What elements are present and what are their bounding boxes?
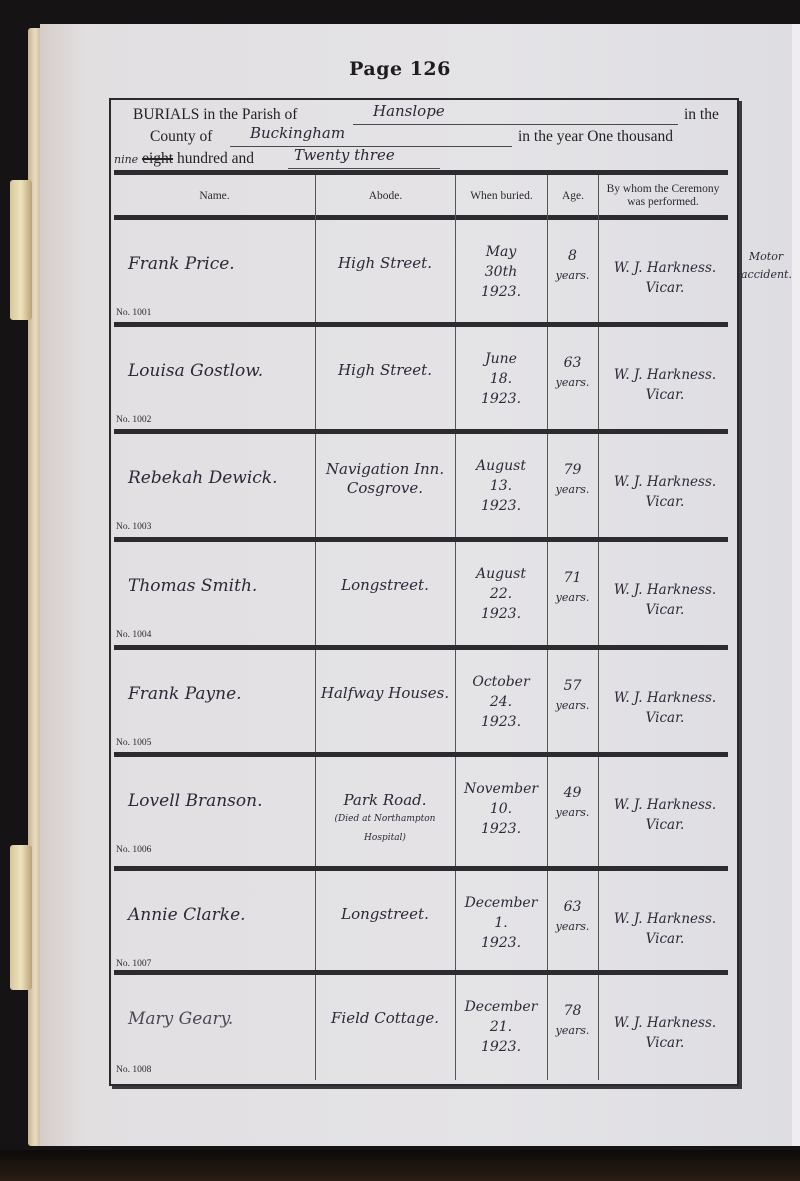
parish-value: Hanslope bbox=[373, 102, 445, 120]
entry-abode: High Street. bbox=[315, 361, 455, 380]
age-value: 78 bbox=[564, 1003, 582, 1019]
table-row: Frank Payne. No. 1005 Halfway Houses. Oc… bbox=[114, 650, 728, 752]
year-field: Twenty three bbox=[288, 148, 440, 169]
entry-name: Thomas Smith. bbox=[128, 576, 257, 596]
book-edge bbox=[0, 1150, 800, 1181]
entry-date: December1.1923. bbox=[455, 893, 547, 953]
age-value: 63 bbox=[564, 355, 582, 371]
entry-name: Mary Geary. bbox=[128, 1009, 233, 1029]
abode-cell: Longstreet. bbox=[315, 871, 455, 973]
abode-text: High Street. bbox=[338, 254, 432, 272]
entry-abode: Longstreet. bbox=[315, 576, 455, 595]
date-month: May bbox=[486, 244, 517, 260]
date-day: 13. bbox=[490, 478, 512, 494]
entry-abode: Longstreet. bbox=[315, 905, 455, 924]
officiant-title: Vicar. bbox=[646, 387, 685, 403]
age-cell: 63years. bbox=[547, 327, 598, 429]
name-cell: Louisa Gostlow. No. 1002 bbox=[114, 327, 315, 429]
table-row: Lovell Branson. No. 1006 Park Road.(Died… bbox=[114, 757, 728, 859]
entry-officiant: W. J. Harkness.Vicar. bbox=[600, 688, 730, 728]
officiant-name: W. J. Harkness. bbox=[614, 1015, 716, 1031]
table-row: Mary Geary. No. 1008 Field Cottage. Dece… bbox=[114, 975, 728, 1079]
age-value: 8 bbox=[568, 248, 577, 264]
age-value: 49 bbox=[564, 785, 582, 801]
officiant-name: W. J. Harkness. bbox=[614, 911, 716, 927]
officiant-title: Vicar. bbox=[646, 602, 685, 618]
heading-line3-middle: hundred and bbox=[177, 150, 254, 167]
entry-name: Rebekah Dewick. bbox=[128, 468, 278, 488]
entry-number: No. 1007 bbox=[116, 959, 151, 969]
officiant-title: Vicar. bbox=[646, 494, 685, 510]
heading-line1-suffix: in the bbox=[684, 106, 719, 124]
date-cell: August22.1923. bbox=[455, 542, 547, 644]
date-cell: August13.1923. bbox=[455, 434, 547, 536]
date-day: 18. bbox=[490, 371, 512, 387]
date-cell: November10.1923. bbox=[455, 757, 547, 859]
date-month: December bbox=[465, 895, 538, 911]
date-month: November bbox=[464, 781, 538, 797]
officiant-title: Vicar. bbox=[646, 710, 685, 726]
entry-date: December21.1923. bbox=[455, 997, 547, 1057]
page-number: Page 126 bbox=[0, 58, 800, 80]
entry-age: 79years. bbox=[547, 460, 598, 500]
table-row: Thomas Smith. No. 1004 Longstreet. Augus… bbox=[114, 542, 728, 644]
age-cell: 78years. bbox=[547, 975, 598, 1079]
age-unit: years. bbox=[547, 1021, 598, 1041]
abode-text: Park Road. bbox=[343, 791, 426, 809]
heading-line1-prefix: BURIALS in the Parish of bbox=[133, 106, 297, 124]
table-row: Annie Clarke. No. 1007 Longstreet. Decem… bbox=[114, 871, 728, 973]
date-year: 1923. bbox=[481, 821, 521, 837]
county-field: Buckingham bbox=[230, 126, 512, 147]
age-unit: years. bbox=[547, 480, 598, 500]
age-cell: 57years. bbox=[547, 650, 598, 752]
entry-name: Frank Price. bbox=[128, 254, 235, 274]
entry-date: November10.1923. bbox=[455, 779, 547, 839]
officiant-cell: W. J. Harkness.Vicar. bbox=[600, 871, 730, 973]
inserted-word: nine bbox=[114, 153, 138, 166]
year-value: Twenty three bbox=[294, 146, 395, 164]
column-header-abode: Abode. bbox=[316, 175, 455, 217]
date-month: August bbox=[476, 458, 526, 474]
abode-text: High Street. bbox=[338, 361, 432, 379]
abode-note: (Died at Northampton Hospital) bbox=[315, 810, 455, 848]
entry-age: 78years. bbox=[547, 1001, 598, 1041]
date-day: 10. bbox=[490, 801, 512, 817]
officiant-name: W. J. Harkness. bbox=[614, 690, 716, 706]
margin-note-line2: accident. bbox=[741, 268, 792, 281]
date-cell: June18.1923. bbox=[455, 327, 547, 429]
age-unit: years. bbox=[547, 917, 598, 937]
date-year: 1923. bbox=[481, 606, 521, 622]
struck-word: eight bbox=[142, 150, 173, 167]
officiant-cell: W. J. Harkness.Vicar. bbox=[600, 975, 730, 1079]
date-year: 1923. bbox=[481, 714, 521, 730]
entry-age: 57years. bbox=[547, 676, 598, 716]
name-cell: Rebekah Dewick. No. 1003 bbox=[114, 434, 315, 536]
officiant-title: Vicar. bbox=[646, 931, 685, 947]
table-row: Rebekah Dewick. No. 1003 Navigation Inn.… bbox=[114, 434, 728, 536]
date-month: August bbox=[476, 566, 526, 582]
entry-abode: Park Road.(Died at Northampton Hospital) bbox=[315, 791, 455, 848]
column-header-name: Name. bbox=[114, 175, 315, 217]
abode-text: Navigation Inn. bbox=[326, 460, 444, 478]
column-header-officiant: By whom the Ceremony was performed. bbox=[600, 175, 726, 217]
entry-number: No. 1005 bbox=[116, 738, 151, 748]
age-cell: 79years. bbox=[547, 434, 598, 536]
date-day: 24. bbox=[490, 694, 512, 710]
county-value: Buckingham bbox=[250, 124, 345, 142]
age-unit: years. bbox=[547, 803, 598, 823]
entry-officiant: W. J. Harkness.Vicar. bbox=[600, 909, 730, 949]
date-cell: December21.1923. bbox=[455, 975, 547, 1079]
age-value: 63 bbox=[564, 899, 582, 915]
abode-text: Longstreet. bbox=[341, 576, 429, 594]
entry-name: Louisa Gostlow. bbox=[128, 361, 263, 381]
date-month: December bbox=[465, 999, 538, 1015]
entry-abode: High Street. bbox=[315, 254, 455, 273]
date-day: 1. bbox=[494, 915, 507, 931]
binding-tab bbox=[10, 845, 32, 990]
table-row: Frank Price. No. 1001 High Street. May30… bbox=[114, 220, 728, 322]
entry-number: No. 1001 bbox=[116, 308, 151, 318]
date-year: 1923. bbox=[481, 498, 521, 514]
abode-cell: Park Road.(Died at Northampton Hospital) bbox=[315, 757, 455, 859]
date-month: June bbox=[485, 351, 517, 367]
date-year: 1923. bbox=[481, 391, 521, 407]
age-cell: 49years. bbox=[547, 757, 598, 859]
date-day: 22. bbox=[490, 586, 512, 602]
entry-officiant: W. J. Harkness.Vicar. bbox=[600, 1013, 730, 1053]
entry-abode: Navigation Inn.Cosgrove. bbox=[315, 460, 455, 498]
age-unit: years. bbox=[547, 266, 598, 286]
entry-officiant: W. J. Harkness.Vicar. bbox=[600, 795, 730, 835]
officiant-name: W. J. Harkness. bbox=[614, 367, 716, 383]
entry-abode: Halfway Houses. bbox=[315, 684, 455, 703]
name-cell: Mary Geary. No. 1008 bbox=[114, 975, 315, 1079]
entry-officiant: W. J. Harkness.Vicar. bbox=[600, 472, 730, 512]
date-day: 30th bbox=[485, 264, 517, 280]
age-unit: years. bbox=[547, 588, 598, 608]
next-page-edge bbox=[792, 24, 800, 1146]
entry-date: August13.1923. bbox=[455, 456, 547, 516]
entry-number: No. 1003 bbox=[116, 522, 151, 532]
entry-number: No. 1002 bbox=[116, 415, 151, 425]
entry-name: Annie Clarke. bbox=[128, 905, 246, 925]
age-cell: 8years. bbox=[547, 220, 598, 322]
parish-field: Hanslope bbox=[353, 104, 678, 125]
abode-cell: High Street. bbox=[315, 220, 455, 322]
entry-officiant: W. J. Harkness.Vicar. bbox=[600, 365, 730, 405]
officiant-name: W. J. Harkness. bbox=[614, 260, 716, 276]
officiant-cell: W. J. Harkness.Vicar. bbox=[600, 650, 730, 752]
officiant-name: W. J. Harkness. bbox=[614, 474, 716, 490]
binding-tab bbox=[10, 180, 32, 320]
abode-cell: Navigation Inn.Cosgrove. bbox=[315, 434, 455, 536]
date-year: 1923. bbox=[481, 935, 521, 951]
entry-officiant: W. J. Harkness.Vicar. bbox=[600, 258, 730, 298]
age-unit: years. bbox=[547, 373, 598, 393]
column-header-age: Age. bbox=[548, 175, 598, 217]
officiant-cell: W. J. Harkness.Vicar. bbox=[600, 757, 730, 859]
entry-date: June18.1923. bbox=[455, 349, 547, 409]
entry-number: No. 1006 bbox=[116, 845, 151, 855]
date-cell: October24.1923. bbox=[455, 650, 547, 752]
officiant-name: W. J. Harkness. bbox=[614, 582, 716, 598]
abode-text: Halfway Houses. bbox=[321, 684, 449, 702]
officiant-cell: W. J. Harkness.Vicar. bbox=[600, 542, 730, 644]
date-day: 21. bbox=[490, 1019, 512, 1035]
margin-note-line1: Motor bbox=[749, 250, 783, 263]
officiant-name: W. J. Harkness. bbox=[614, 797, 716, 813]
entry-date: May30th1923. bbox=[455, 242, 547, 302]
age-cell: 63years. bbox=[547, 871, 598, 973]
entry-officiant: W. J. Harkness.Vicar. bbox=[600, 580, 730, 620]
age-value: 57 bbox=[564, 678, 582, 694]
name-cell: Annie Clarke. No. 1007 bbox=[114, 871, 315, 973]
officiant-cell: W. J. Harkness.Vicar. bbox=[600, 434, 730, 536]
officiant-title: Vicar. bbox=[646, 280, 685, 296]
entry-age: 8years. bbox=[547, 246, 598, 286]
officiant-title: Vicar. bbox=[646, 817, 685, 833]
entry-age: 63years. bbox=[547, 353, 598, 393]
name-cell: Thomas Smith. No. 1004 bbox=[114, 542, 315, 644]
date-year: 1923. bbox=[481, 284, 521, 300]
abode-cell: Field Cottage. bbox=[315, 975, 455, 1079]
name-cell: Frank Price. No. 1001 bbox=[114, 220, 315, 322]
age-value: 71 bbox=[564, 570, 582, 586]
margin-annotation: Motor accident. bbox=[741, 248, 791, 284]
column-header-when-buried: When buried. bbox=[456, 175, 547, 217]
officiant-cell: W. J. Harkness.Vicar. bbox=[600, 220, 730, 322]
heading-line2-prefix: County of bbox=[150, 128, 212, 146]
heading-line3: nine eight hundred and bbox=[114, 150, 254, 168]
age-unit: years. bbox=[547, 696, 598, 716]
officiant-cell: W. J. Harkness.Vicar. bbox=[600, 327, 730, 429]
entry-number: No. 1004 bbox=[116, 630, 151, 640]
entry-abode: Field Cottage. bbox=[315, 1009, 455, 1028]
abode-note: Cosgrove. bbox=[347, 479, 423, 497]
age-cell: 71years. bbox=[547, 542, 598, 644]
abode-text: Field Cottage. bbox=[331, 1009, 439, 1027]
date-cell: December1.1923. bbox=[455, 871, 547, 973]
entry-age: 49years. bbox=[547, 783, 598, 823]
abode-cell: High Street. bbox=[315, 327, 455, 429]
entry-age: 71years. bbox=[547, 568, 598, 608]
table-row: Louisa Gostlow. No. 1002 High Street. Ju… bbox=[114, 327, 728, 429]
entry-date: August22.1923. bbox=[455, 564, 547, 624]
name-cell: Frank Payne. No. 1005 bbox=[114, 650, 315, 752]
entry-number: No. 1008 bbox=[116, 1065, 151, 1075]
officiant-title: Vicar. bbox=[646, 1035, 685, 1051]
entry-age: 63years. bbox=[547, 897, 598, 937]
entry-date: October24.1923. bbox=[455, 672, 547, 732]
date-cell: May30th1923. bbox=[455, 220, 547, 322]
date-year: 1923. bbox=[481, 1039, 521, 1055]
abode-cell: Longstreet. bbox=[315, 542, 455, 644]
age-value: 79 bbox=[564, 462, 582, 478]
entry-name: Frank Payne. bbox=[128, 684, 242, 704]
abode-text: Longstreet. bbox=[341, 905, 429, 923]
name-cell: Lovell Branson. No. 1006 bbox=[114, 757, 315, 859]
abode-cell: Halfway Houses. bbox=[315, 650, 455, 752]
heading-line2-suffix: in the year One thousand bbox=[518, 128, 673, 146]
entry-name: Lovell Branson. bbox=[128, 791, 262, 811]
date-month: October bbox=[472, 674, 529, 690]
